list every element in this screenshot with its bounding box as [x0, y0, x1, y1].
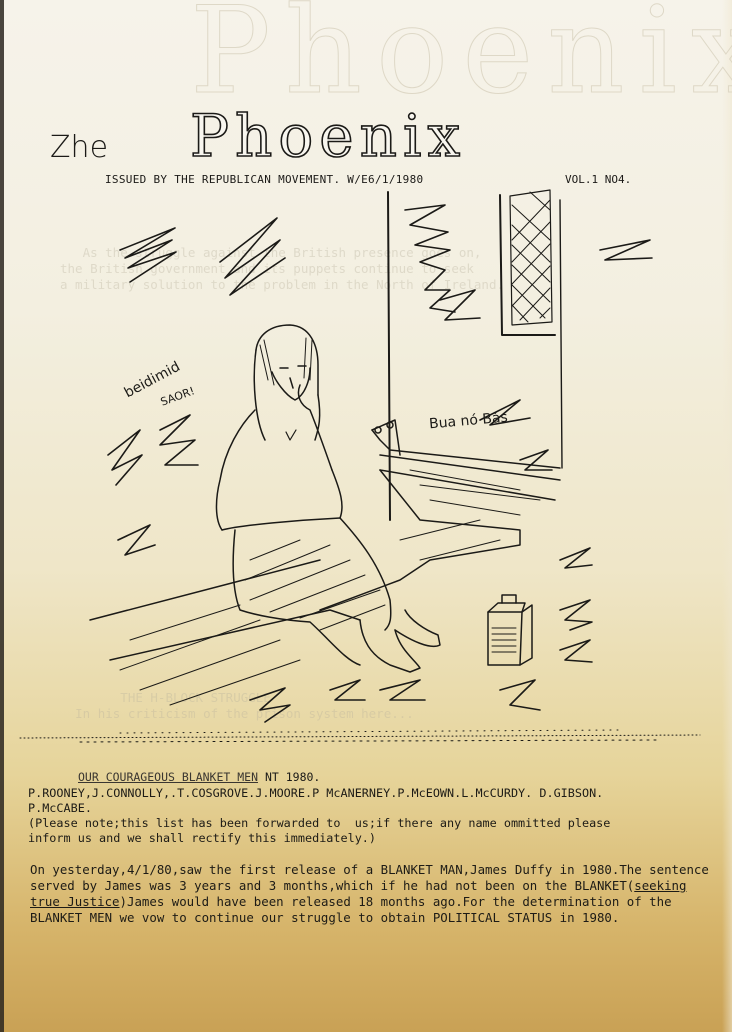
water-container-icon — [488, 595, 532, 665]
prisoner-figure — [216, 325, 440, 672]
bed-icon — [90, 420, 560, 705]
scratchy-ground-line — [20, 730, 700, 742]
names-line-2: P.McCABE. — [28, 801, 92, 816]
note-line-2: inform us and we shall rectify this imme… — [28, 831, 376, 846]
list-heading: OUR COURAGEOUS BLANKET MEN NT 1980. — [78, 770, 320, 784]
paragraph-part-1: On yesterday,4/1/80,saw the first releas… — [30, 862, 709, 893]
note-line-1: (Please note;this list has been forwarde… — [28, 816, 610, 831]
release-paragraph: On yesterday,4/1/80,saw the first releas… — [30, 862, 710, 926]
list-heading-title: OUR COURAGEOUS BLANKET MEN — [78, 770, 258, 784]
wall-shading-strokes — [108, 205, 652, 722]
paragraph-part-2: )James would have been released 18 month… — [30, 894, 672, 925]
list-heading-suffix: NT 1980. — [265, 770, 320, 784]
names-line-1: P.ROONEY,J.CONNOLLY,.T.COSGROVE.J.MOORE.… — [28, 786, 603, 801]
